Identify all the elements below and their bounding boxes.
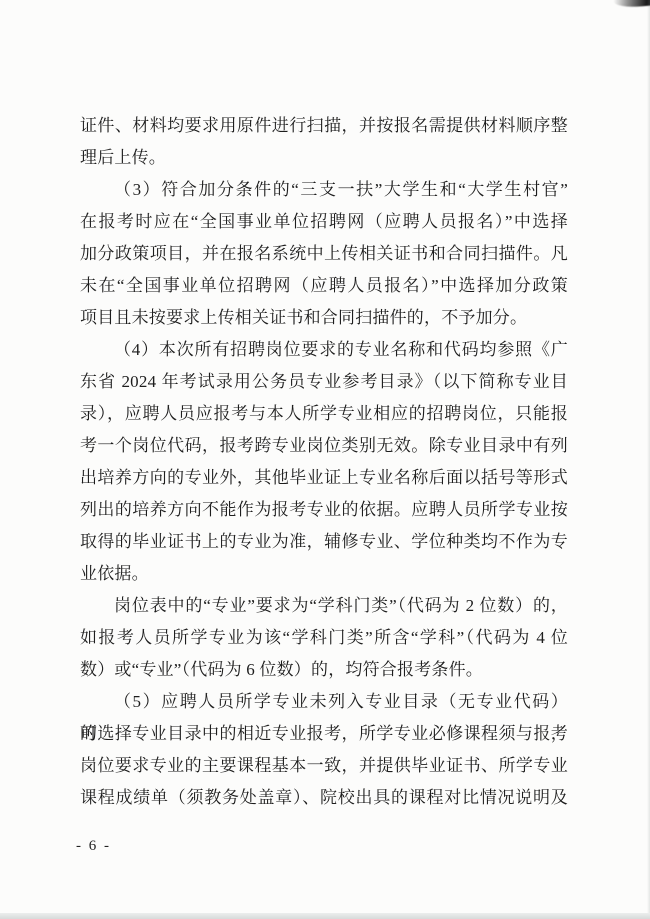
- text-line: 录），应聘人员应报考与本人所学专业相应的招聘岗位，只能报: [80, 398, 568, 430]
- text-line: （5）应聘人员所学专业未列入专业目录（无专业代码）的，: [80, 686, 568, 718]
- paragraph-item-4: （4）本次所有招聘岗位要求的专业名称和代码均参照《广 东省 2024 年考试录用…: [80, 334, 568, 590]
- text-line: 取得的毕业证书上的专业为准，辅修专业、学位种类均不作为专: [80, 526, 568, 558]
- paragraph-item-3: （3）符合加分条件的“三支一扶”大学生和“大学生村官” 在报考时应在“全国事业单…: [80, 174, 568, 334]
- text-line: 证件、材料均要求用原件进行扫描，并按报名需提供材料顺序整: [80, 110, 568, 142]
- text-line: 岗位要求专业的主要课程基本一致，并提供毕业证书、所学专业: [80, 750, 568, 782]
- paragraph-item-5: （5）应聘人员所学专业未列入专业目录（无专业代码）的， 可选择专业目录中的相近专…: [80, 686, 568, 814]
- text-line: （4）本次所有招聘岗位要求的专业名称和代码均参照《广: [80, 334, 568, 366]
- paragraph-continuation: 证件、材料均要求用原件进行扫描，并按报名需提供材料顺序整 理后上传。: [80, 110, 568, 174]
- paragraph-major-codes: 岗位表中的“专业”要求为“学科门类”（代码为 2 位数）的， 如报考人员所学专业…: [80, 590, 568, 686]
- text-line: 业依据。: [80, 558, 568, 590]
- text-line: 数）或“专业”（代码为 6 位数）的，均符合报考条件。: [80, 654, 568, 686]
- text-line: 在报考时应在“全国事业单位招聘网（应聘人员报名）”中选择: [80, 206, 568, 238]
- text-line: （3）符合加分条件的“三支一扶”大学生和“大学生村官”: [80, 174, 568, 206]
- text-line: 未在“全国事业单位招聘网（应聘人员报名）”中选择加分政策: [80, 270, 568, 302]
- page-number: - 6 -: [76, 836, 111, 856]
- text-line: 考一个岗位代码，报考跨专业岗位类别无效。除专业目录中有列: [80, 430, 568, 462]
- scanned-document-page: 证件、材料均要求用原件进行扫描，并按报名需提供材料顺序整 理后上传。 （3）符合…: [0, 0, 650, 919]
- text-line: 项目且未按要求上传相关证书和合同扫描件的，不予加分。: [80, 302, 568, 334]
- text-line: 加分政策项目，并在报名系统中上传相关证书和合同扫描件。凡: [80, 238, 568, 270]
- text-line: 东省 2024 年考试录用公务员专业参考目录》（以下简称专业目: [80, 366, 568, 398]
- text-line: 理后上传。: [80, 142, 568, 174]
- text-line: 岗位表中的“专业”要求为“学科门类”（代码为 2 位数）的，: [80, 590, 568, 622]
- scan-smudge-artifact: [614, 0, 650, 9]
- document-body: 证件、材料均要求用原件进行扫描，并按报名需提供材料顺序整 理后上传。 （3）符合…: [80, 110, 568, 814]
- text-line: 如报考人员所学专业为该“学科门类”所含“学科”（代码为 4 位: [80, 622, 568, 654]
- text-line: 出培养方向的专业外，其他毕业证上专业名称后面以括号等形式: [80, 462, 568, 494]
- scan-bottom-edge-shadow: [0, 913, 650, 919]
- text-line: 列出的培养方向不能作为报考专业的依据。应聘人员所学专业按: [80, 494, 568, 526]
- text-line: 课程成绩单（须教务处盖章）、院校出具的课程对比情况说明及: [80, 782, 568, 814]
- text-line: 可选择专业目录中的相近专业报考，所学专业必修课程须与报考: [80, 718, 568, 750]
